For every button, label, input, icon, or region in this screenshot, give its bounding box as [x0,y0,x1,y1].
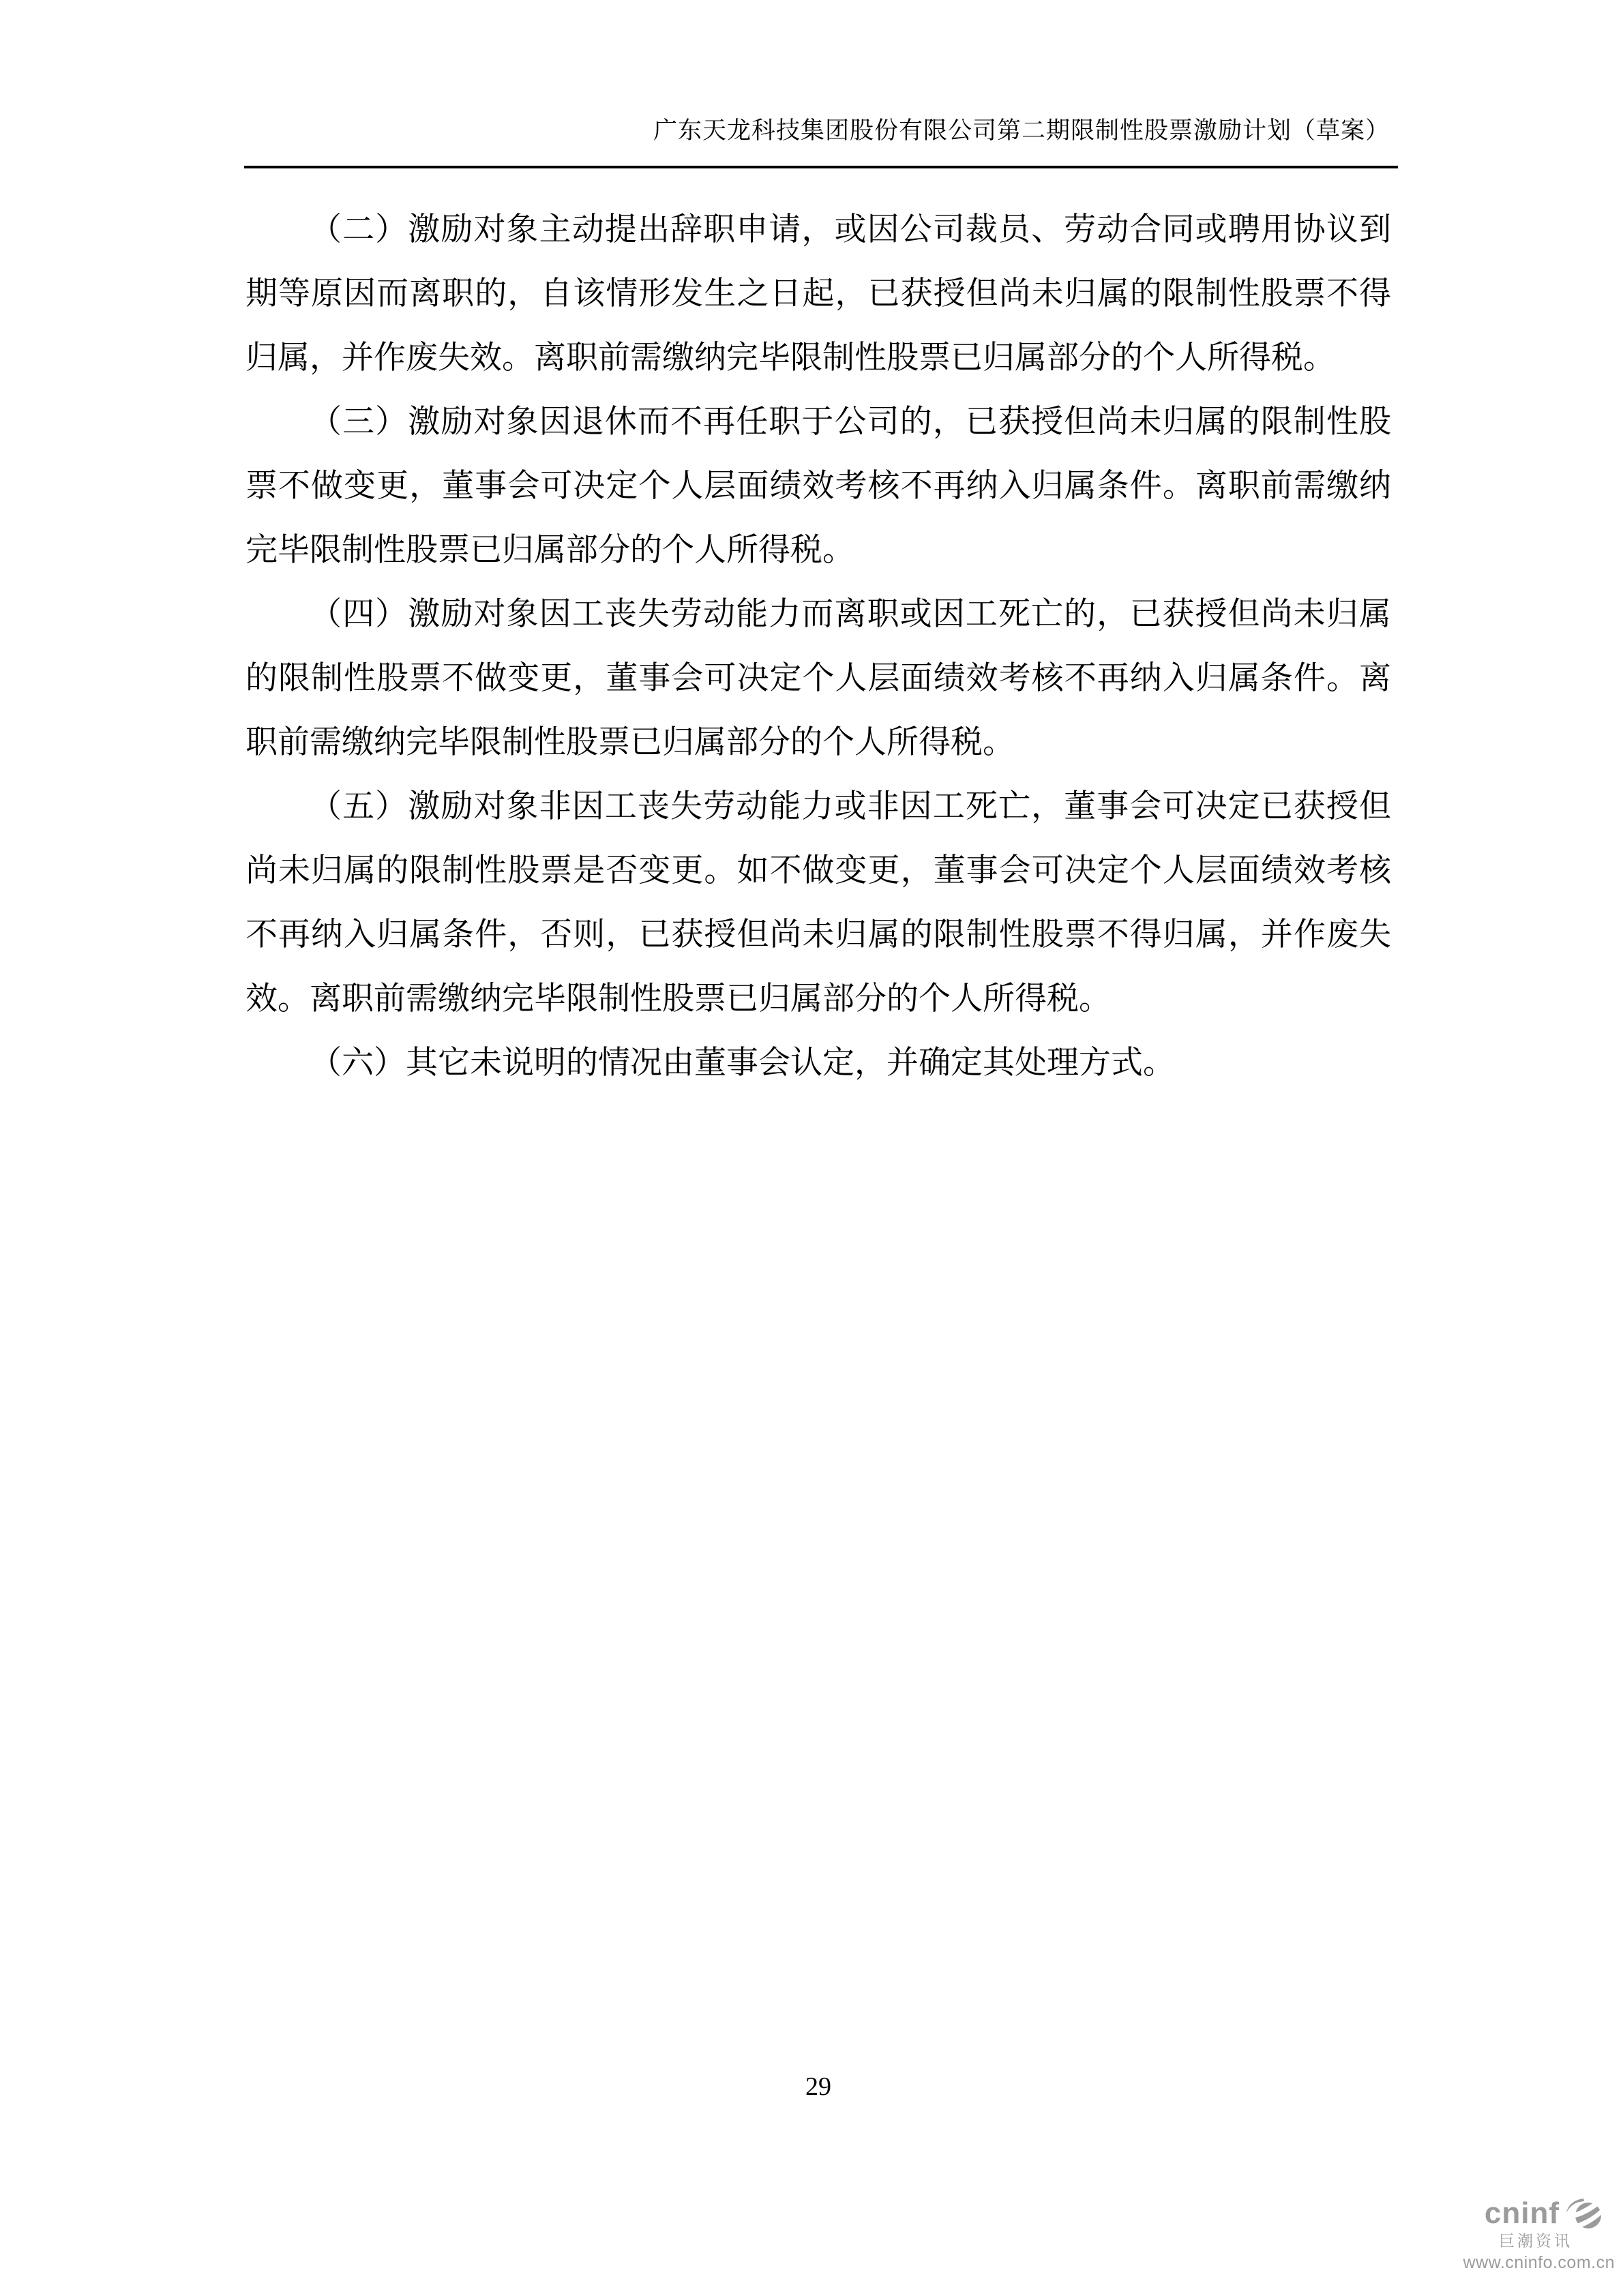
paragraph-2: （二）激励对象主动提出辞职申请，或因公司裁员、劳动合同或聘用协议到期等原因而离职… [245,198,1391,390]
page-number: 29 [245,2072,1391,2102]
document-page: 广东天龙科技集团股份有限公司第二期限制性股票激励计划（草案） （二）激励对象主动… [0,0,1623,2296]
cninfo-brand-text: cninf [1485,2198,1560,2229]
page-header-title: 广东天龙科技集团股份有限公司第二期限制性股票激励计划（草案） [245,116,1390,146]
paragraph-3: （三）激励对象因退休而不再任职于公司的，已获授但尚未归属的限制性股票不做变更，董… [245,390,1391,582]
document-body: （二）激励对象主动提出辞职申请，或因公司裁员、劳动合同或聘用协议到期等原因而离职… [245,198,1391,1095]
cninfo-watermark: cninf 巨潮资讯 www.cninfo.com.cn [1463,2198,1615,2273]
cninfo-url: www.cninfo.com.cn [1463,2252,1615,2273]
watermark-brand-row: cninf [1485,2198,1615,2229]
cninfo-brand-chinese: 巨潮资讯 [1499,2231,1615,2251]
globe-swirl-icon [1566,2198,1603,2229]
header-divider [244,166,1398,168]
paragraph-6: （六）其它未说明的情况由董事会认定，并确定其处理方式。 [245,1031,1391,1095]
paragraph-4: （四）激励对象因工丧失劳动能力而离职或因工死亡的，已获授但尚未归属的限制性股票不… [245,582,1391,775]
paragraph-5: （五）激励对象非因工丧失劳动能力或非因工死亡，董事会可决定已获授但尚未归属的限制… [245,775,1391,1031]
